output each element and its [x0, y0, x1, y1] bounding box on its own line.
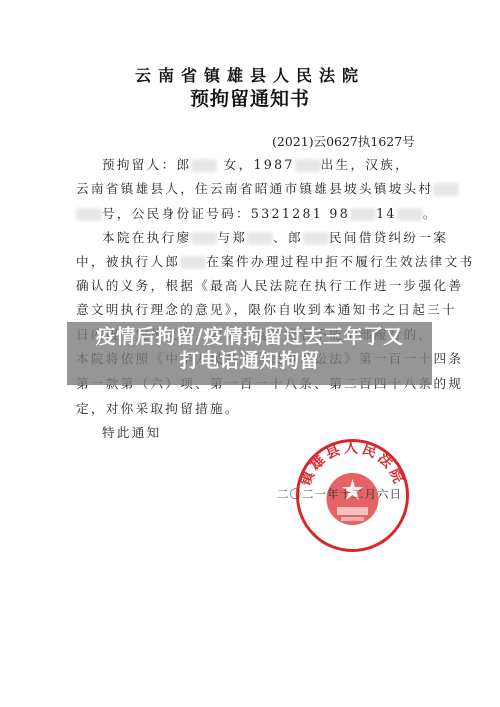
document-line: 中，被执行人郎在案件办理过程中拒不履行生效法律文书 — [76, 254, 432, 270]
line-text: 在案件办理过程中拒不履行生效法律文书 — [206, 254, 474, 269]
line-text: 中，被执行人郎 — [76, 254, 180, 269]
issue-date: 二〇二一年十二月六日 — [277, 486, 402, 502]
line-text: 出生，汉族， — [321, 157, 410, 172]
document-line: 本院在执行廖与郑、郎民间借贷纠纷一案 — [76, 230, 458, 246]
line-text: 本院在执行廖 — [102, 230, 191, 245]
document-line: 意文明执行理念的意见》，限你自收到本通知书之日起三十 — [76, 302, 432, 318]
redacted-text — [247, 232, 273, 245]
line-text: 定，对你采取拘留措施。 — [76, 401, 240, 416]
headline-title: 疫情后拘留/疫情拘留过去三年了又 打电话通知拘留 — [67, 325, 432, 373]
line-text: 特此通知 — [102, 425, 162, 440]
redacted-text — [180, 256, 206, 269]
line-text: 号，公民身份证号码：5321281 98 — [102, 206, 350, 221]
line-text: 意文明执行理念的意见》，限你自收到本通知书之日起三十 — [76, 302, 457, 317]
line-text: 、郎 — [273, 230, 303, 245]
redacted-text — [397, 208, 423, 221]
line-text: 女，1987 — [217, 157, 294, 172]
redacted-text — [295, 159, 321, 172]
document-line: 确认的义务，根据《最高人民法院在执行工作进一步强化善 — [76, 278, 432, 294]
document-line: 云南省镇雄县人，住云南省昭通市镇雄县坡头镇坡头村 — [76, 181, 432, 197]
document-line: 号，公民身份证号码：5321281 9814。 — [76, 206, 432, 222]
line-text: 14 — [376, 206, 397, 221]
line-text: 与郑 — [217, 230, 247, 245]
document-line: 定，对你采取拘留措施。 — [76, 401, 432, 417]
line-text: 云南省镇雄县人，住云南省昭通市镇雄县坡头镇坡头村 — [76, 181, 433, 196]
redacted-text — [350, 208, 376, 221]
line-text: 。 — [423, 206, 438, 221]
redacted-text — [191, 232, 217, 245]
court-name: 云南省镇雄县人民法院 — [0, 63, 500, 86]
redacted-text — [303, 232, 329, 245]
document-line: 预拘留人：郎 女，1987出生，汉族， — [76, 157, 458, 173]
headline-line-2: 打电话通知拘留 — [67, 349, 432, 373]
headline-line-1: 疫情后拘留/疫情拘留过去三年了又 — [67, 325, 432, 349]
redacted-text — [191, 159, 217, 172]
redacted-text — [76, 208, 102, 221]
line-text: 预拘留人：郎 — [102, 157, 191, 172]
line-text: 民间借贷纠纷一案 — [329, 230, 448, 245]
redacted-text — [433, 183, 459, 196]
case-number: (2021)云0627执1627号 — [272, 132, 415, 150]
line-text: 确认的义务，根据《最高人民法院在执行工作进一步强化善 — [76, 278, 463, 293]
document-title: 预拘留通知书 — [0, 84, 500, 111]
